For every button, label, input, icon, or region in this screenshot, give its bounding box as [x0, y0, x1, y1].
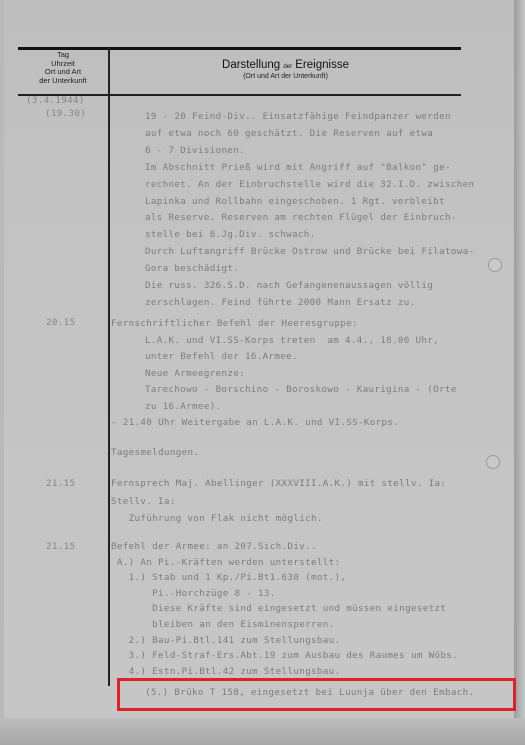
column-divider	[108, 48, 110, 686]
right-column-subtitle: (Ort und Art der Unterkunft)	[110, 73, 461, 80]
left-column-header: Tag Uhrzeit Ort und Art der Unterkunft	[18, 50, 108, 94]
text-line: Befehl der Armee: an 207.Sich.Div..	[111, 541, 317, 552]
page-edge	[514, 0, 525, 745]
text-line: Gora beschädigt.	[145, 263, 239, 274]
entry-date: (3.4.1944)	[26, 95, 85, 106]
entry-time-4: 21.15	[46, 541, 75, 552]
text-line: Die russ. 326.S.D. nach Gefangenenaussag…	[145, 280, 433, 291]
entry-time-3: 21.15	[46, 478, 75, 489]
punch-hole-1	[488, 258, 502, 272]
text-line: 4.) Estn.Pi.Btl.42 zum Stellungsbau.	[111, 666, 340, 677]
entry-time-2: 20.15	[46, 317, 75, 328]
title-word-2: der	[283, 64, 292, 70]
text-line: Stellv. Ia:	[111, 496, 176, 507]
text-line: Durch Luftangriff Brücke Ostrow und Brüc…	[145, 246, 474, 257]
text-line: Diese Kräfte sind eingesetzt und müssen …	[111, 603, 446, 614]
text-line: unter Befehl der 16.Armee.	[145, 351, 298, 362]
text-line: 3.) Feld-Straf-Ers.Abt.19 zum Ausbau des…	[111, 650, 458, 661]
text-line: als Reserve. Reserven am rechten Flügel …	[145, 212, 457, 223]
text-line: auf etwa noch 60 geschätzt. Die Reserven…	[145, 128, 433, 139]
text-line: L.A.K. und VI.SS-Korps treten am 4.4., 1…	[145, 335, 439, 346]
text-line: Neue Armeegrenze:	[145, 368, 245, 379]
text-line: 2.) Bau-Pi.Btl.141 zum Stellungsbau.	[111, 635, 340, 646]
text-line: zu 16.Armee).	[145, 401, 221, 412]
text-line: stelle bei 8.Jg.Div. schwach.	[145, 229, 316, 240]
text-line: zerschlagen. Feind führte 2000 Mann Ersa…	[145, 297, 416, 308]
text-line: Tarechowo - Borschino - Boroskowo - Kaur…	[145, 384, 457, 395]
text-line: Im Abschnitt Prieß wird mit Angriff auf …	[145, 162, 451, 173]
entry-time-1: (19.30)	[45, 108, 86, 119]
right-column-title: Darstellung der Ereignisse	[110, 59, 461, 71]
text-line: bleiben an den Eisminensperren.	[111, 619, 335, 630]
page-bottom-edge	[0, 718, 525, 745]
text-line: Fernschriftlicher Befehl der Heeresgrupp…	[111, 318, 358, 329]
text-line: 1.) Stab und 1 Kp./Pi.Bt1.630 (mot.),	[111, 572, 346, 583]
text-line: 19 - 20 Feind-Div.. Einsatzfähige Feindp…	[145, 111, 451, 122]
entry-2-forwarding: - 21.40 Uhr Weitergabe an L.A.K. und VI.…	[111, 417, 399, 428]
highlight-box	[117, 678, 516, 711]
punch-hole-2	[486, 455, 500, 469]
header-label-unterkunft: der Unterkunft	[18, 77, 108, 86]
text-line: A.) An Pi.-Kräften werden unterstellt:	[111, 557, 340, 568]
text-line: Zuführung von Flak nicht möglich.	[111, 513, 323, 524]
text-line: rechnet. An der Einbruchstelle wird die …	[145, 179, 474, 190]
title-word-1: Darstellung	[222, 59, 280, 71]
text-line: Lapinka und Rollbahn eingeschoben. 1 Rgt…	[145, 196, 445, 207]
text-line: 6 - 7 Divisionen.	[145, 145, 245, 156]
daily-reports-label: Tagesmeldungen.	[111, 447, 199, 458]
title-word-3: Ereignisse	[295, 59, 349, 71]
text-line: Fernsprech Maj. Abellinger (XXXVIII.A.K.…	[111, 478, 446, 489]
text-line: Pi.-Horchzüge 8 - 13.	[111, 588, 276, 599]
